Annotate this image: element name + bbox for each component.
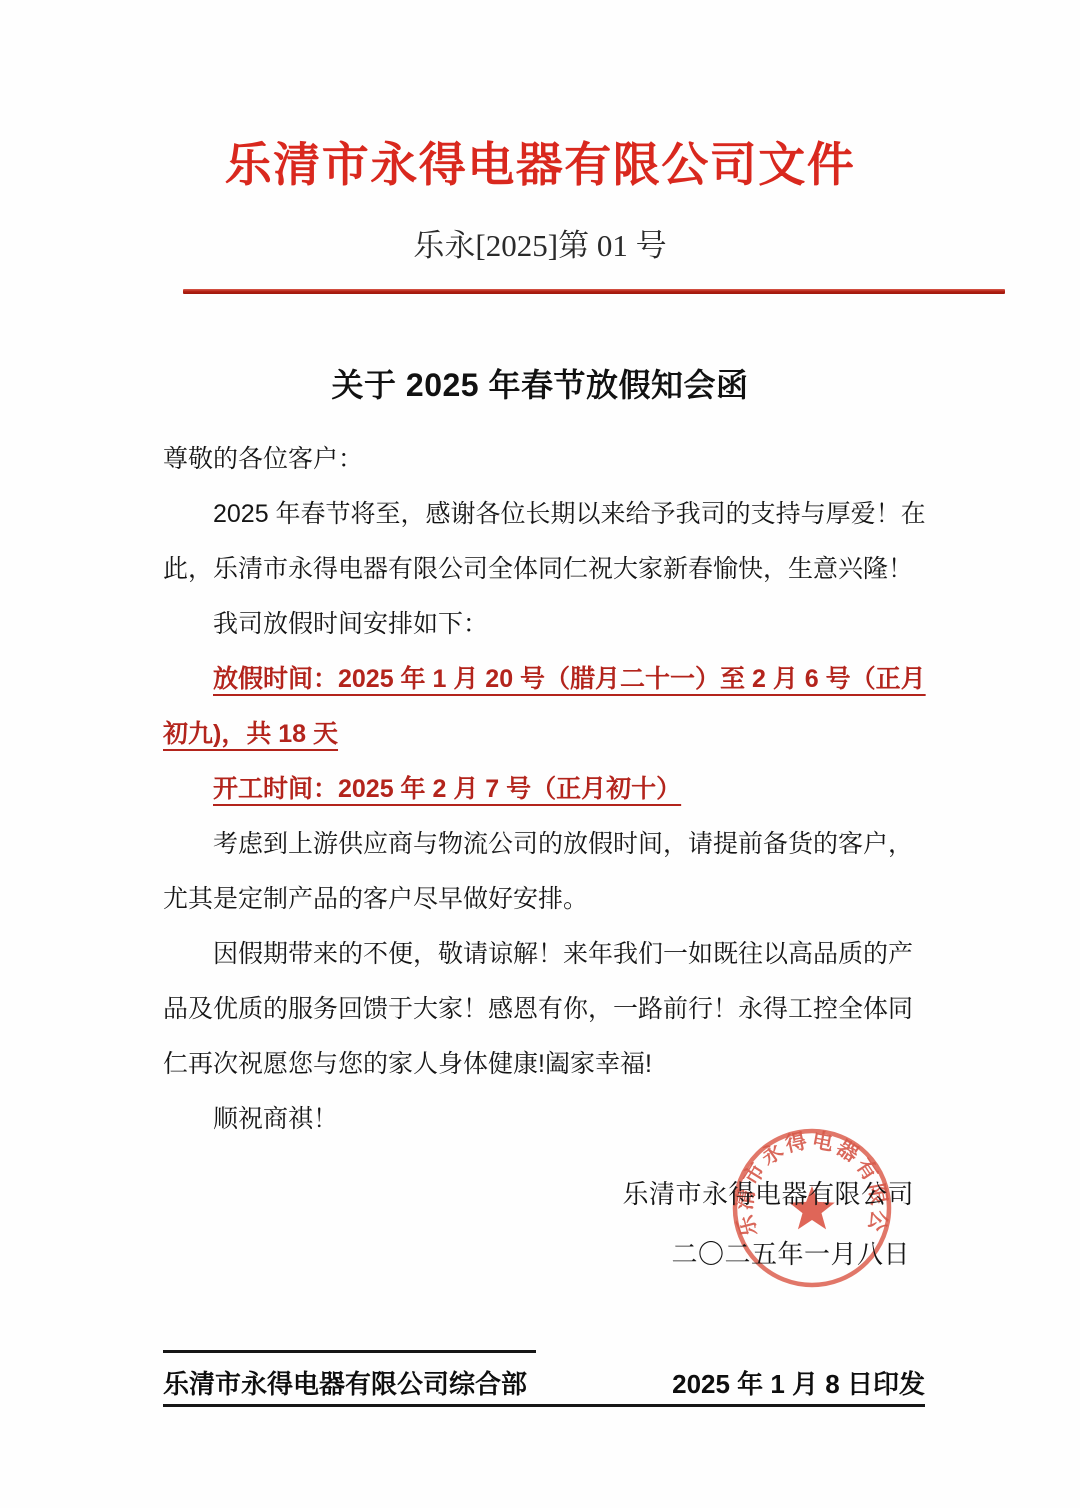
footer-top-rule bbox=[163, 1350, 536, 1353]
letterhead-red-rule bbox=[183, 289, 1005, 294]
letter-body: 尊敬的各位客户： 2025 年春节将至，感谢各位长期以来给予我司的支持与厚爱！在… bbox=[163, 432, 935, 1147]
subject-title: 关于 2025 年春节放假知会函 bbox=[0, 360, 1080, 406]
document-number: 乐永[2025]第 01 号 bbox=[0, 220, 1080, 265]
footer-print-date: 2025 年 1 月 8 日印发 bbox=[672, 1364, 925, 1401]
footer-bottom-rule bbox=[163, 1404, 925, 1407]
letterhead-org-title: 乐清市永得电器有限公司文件 bbox=[0, 128, 1080, 195]
footer-row: 乐清市永得电器有限公司综合部 2025 年 1 月 8 日印发 bbox=[163, 1360, 925, 1404]
body-line-2: 此，乐清市永得电器有限公司全体同仁祝大家新春愉快，生意兴隆！ bbox=[163, 542, 935, 597]
body-line-7: 考虑到上游供应商与物流公司的放假时间，请提前备货的客户， bbox=[163, 817, 935, 872]
document-page: 乐清市永得电器有限公司文件 乐永[2025]第 01 号 关于 2025 年春节… bbox=[0, 0, 1080, 1508]
salutation: 尊敬的各位客户： bbox=[163, 432, 935, 487]
body-line-3: 我司放假时间安排如下： bbox=[163, 597, 935, 652]
signature-company: 乐清市永得电器有限公司 bbox=[622, 1174, 914, 1211]
body-line-9: 因假期带来的不便，敬请谅解！来年我们一如既往以高品质的产 bbox=[163, 927, 935, 982]
body-line-10: 品及优质的服务回馈于大家！感恩有你，一路前行！永得工控全体同 bbox=[163, 982, 935, 1037]
footer-issuer: 乐清市永得电器有限公司综合部 bbox=[163, 1364, 527, 1401]
signature-date: 二〇二五年一月八日 bbox=[671, 1234, 910, 1271]
work-resume-line: 开工时间：2025 年 2 月 7 号（正月初十） bbox=[163, 762, 935, 817]
holiday-time-line-1: 放假时间：2025 年 1 月 20 号（腊月二十一）至 2 月 6 号（正月 bbox=[163, 652, 935, 707]
body-line-8: 尤其是定制产品的客户尽早做好安排。 bbox=[163, 872, 935, 927]
body-line-11: 仁再次祝愿您与您的家人身体健康!阖家幸福! bbox=[163, 1037, 935, 1092]
body-line-1: 2025 年春节将至，感谢各位长期以来给予我司的支持与厚爱！在 bbox=[163, 487, 935, 542]
holiday-time-line-2: 初九)，共 18 天 bbox=[163, 707, 935, 762]
